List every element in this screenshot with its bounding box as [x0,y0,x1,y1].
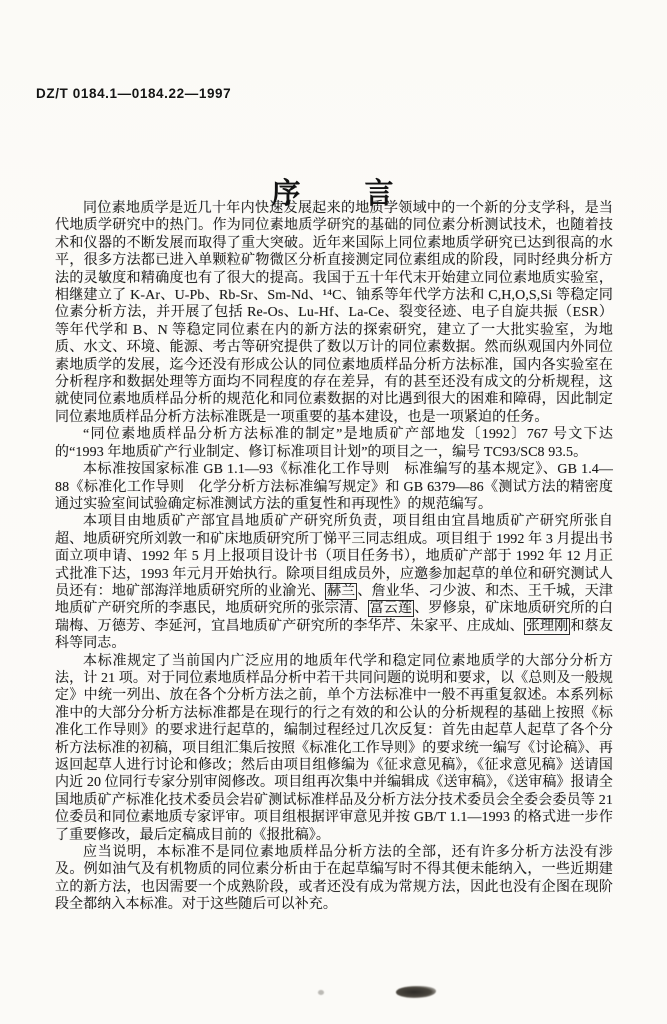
paragraph: 本项目由地质矿产部宜昌地质矿产研究所负责，项目组由宜昌地质矿产研究所张自超、地质… [55,513,613,652]
standard-number-header: DZ/T 0184.1—0184.22—1997 [36,86,231,101]
body-text: 同位素地质学是近几十年内快速发展起来的地质学领域中的一个新的分支学科，是当代地质… [55,200,613,914]
boxed-name: 赫兰 [325,583,357,600]
ink-smudge-artifact [396,986,436,998]
text-run: 本标准按国家标准 GB 1.1—93《标准化工作导则 标准编写的基本规定》、GB… [55,462,627,512]
scan-speck-artifact [318,990,324,995]
text-run: 本标准规定了当前国内广泛应用的地质年代学和稳定同位素地质学的大部分分析方法，计 … [55,654,613,843]
boxed-name: 张理刚 [524,618,571,635]
paragraph: 本标准规定了当前国内广泛应用的地质年代学和稳定同位素地质学的大部分分析方法，计 … [55,653,613,844]
paragraph: 本标准按国家标准 GB 1.1—93《标准化工作导则 标准编写的基本规定》、GB… [55,461,613,513]
scanned-document-page: DZ/T 0184.1—0184.22—1997 序 言 同位素地质学是近几十年… [0,0,667,1024]
text-run: 同位素地质学是近几十年内快速发展起来的地质学领域中的一个新的分支学科，是当代地质… [55,201,613,425]
paragraph: 应当说明，本标准不是同位素地质样品分析方法的全部，还有许多分析方法没有涉及。例如… [55,844,613,914]
text-run: “同位素地质样品分析方法标准的制定”是地质矿产部地发〔1992〕767 号文下达… [55,427,613,459]
boxed-name: 富云莲 [368,600,415,617]
paragraph: 同位素地质学是近几十年内快速发展起来的地质学领域中的一个新的分支学科，是当代地质… [55,200,613,426]
text-run: 应当说明，本标准不是同位素地质样品分析方法的全部，还有许多分析方法没有涉及。例如… [55,845,613,912]
paragraph: “同位素地质样品分析方法标准的制定”是地质矿产部地发〔1992〕767 号文下达… [55,426,613,461]
